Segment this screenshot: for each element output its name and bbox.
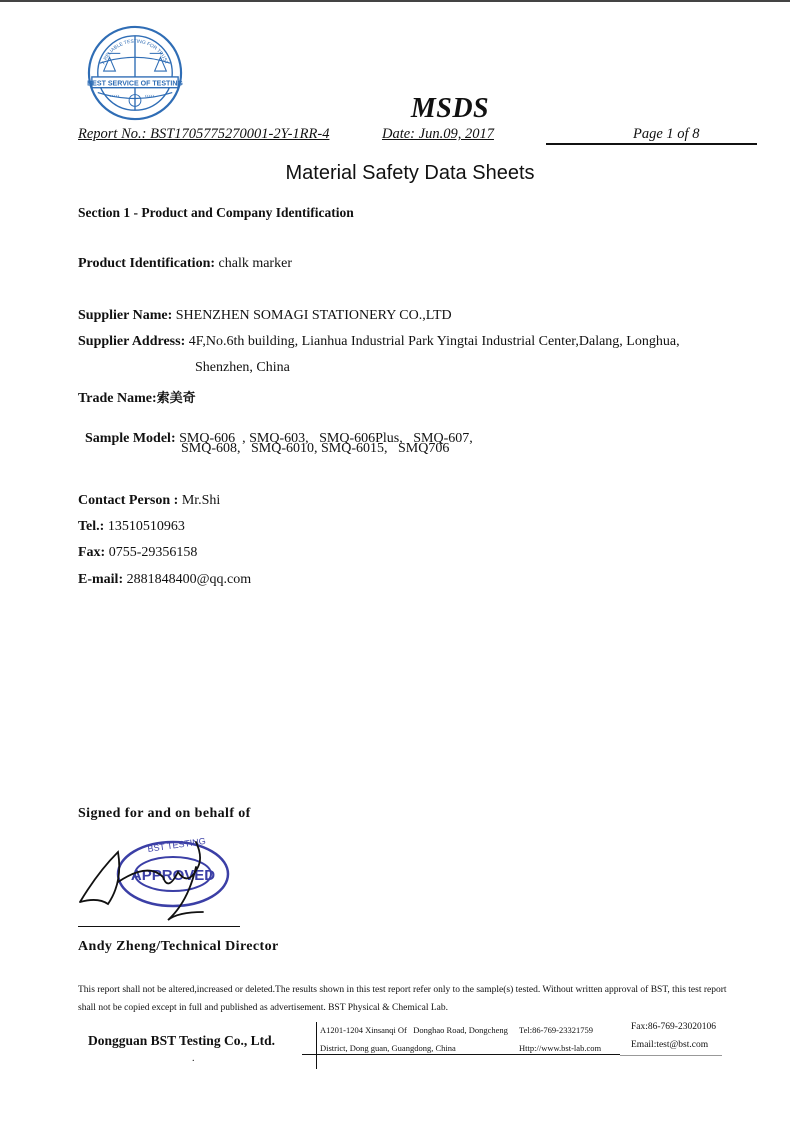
trade-name: Trade Name:索美奇 [78, 387, 196, 407]
supplier-name: Supplier Name: SHENZHEN SOMAGI STATIONER… [78, 308, 452, 324]
fax: Fax: 0755-29356158 [78, 545, 197, 561]
field-label: Supplier Address: [78, 334, 185, 349]
supplier-address-continuation: Shenzhen, China [195, 360, 290, 376]
header-rule [546, 143, 757, 145]
footer-tel: Tel:86-769-23321759 [519, 1025, 593, 1035]
email: E-mail: 2881848400@qq.com [78, 572, 251, 588]
field-label: E-mail: [78, 572, 123, 587]
footer-dot: . [192, 1053, 195, 1064]
field-value: 0755-29356158 [105, 545, 197, 560]
footer-website[interactable]: Http://www.bst-lab.com [519, 1043, 601, 1053]
telephone: Tel.: 13510510963 [78, 519, 185, 535]
field-value: 13510510963 [104, 519, 185, 534]
field-value: chalk marker [215, 256, 292, 271]
page-indicator: Page 1 of 8 [633, 126, 699, 143]
contact-person: Contact Person : Mr.Shi [78, 493, 220, 509]
supplier-address: Supplier Address: 4F,No.6th building, Li… [78, 334, 680, 350]
approved-stamp-with-signature: APPROVED BST TESTING [78, 832, 238, 927]
field-value: SHENZHEN SOMAGI STATIONERY CO.,LTD [172, 308, 451, 323]
field-label: Fax: [78, 545, 105, 560]
field-label: Supplier Name: [78, 308, 172, 323]
document-type-title: MSDS [0, 93, 790, 125]
disclaimer-text: This report shall not be altered,increas… [78, 981, 743, 1017]
footer-rule-light [620, 1055, 722, 1056]
field-value: 2881848400@qq.com [123, 572, 251, 587]
field-value: 4F,No.6th building, Lianhua Industrial P… [185, 334, 679, 349]
signature-line [78, 926, 240, 927]
footer-email[interactable]: Email:test@bst.com [631, 1040, 708, 1050]
field-value: Mr.Shi [178, 493, 220, 508]
logo-banner-text: BEST SERVICE OF TESTING [87, 80, 183, 87]
footer-address-line2: District, Dong guan, Guangdong, China [320, 1043, 456, 1053]
product-identification: Product Identification: chalk marker [78, 256, 292, 272]
field-value: 索美奇 [157, 391, 196, 406]
section-heading: Section 1 - Product and Company Identifi… [78, 205, 354, 221]
footer-vertical-rule [316, 1022, 317, 1069]
page-title: Material Safety Data Sheets [0, 162, 790, 185]
field-label: Contact Person : [78, 493, 178, 508]
footer-company-name: Dongguan BST Testing Co., Ltd. [88, 1033, 275, 1049]
sample-model-continuation: SMQ-608, SMQ-6010, SMQ-6015, SMQ706 [181, 441, 449, 457]
footer-rule [302, 1054, 620, 1055]
report-date: Date: Jun.09, 2017 [382, 126, 494, 143]
field-label: Tel.: [78, 519, 104, 534]
field-label: Trade Name: [78, 391, 157, 406]
field-label: Product Identification: [78, 256, 215, 271]
field-label: Sample Model: [85, 431, 176, 446]
report-number: Report No.: BST1705775270001-2Y-1RR-4 [78, 126, 329, 143]
signed-on-behalf-label: Signed for and on behalf of [78, 806, 251, 822]
signer-name-title: Andy Zheng/Technical Director [78, 939, 279, 955]
footer-fax: Fax:86-769-23020106 [631, 1022, 716, 1032]
footer-address-line1: A1201-1204 Xinsanqi Of Donghao Road, Don… [320, 1025, 508, 1035]
